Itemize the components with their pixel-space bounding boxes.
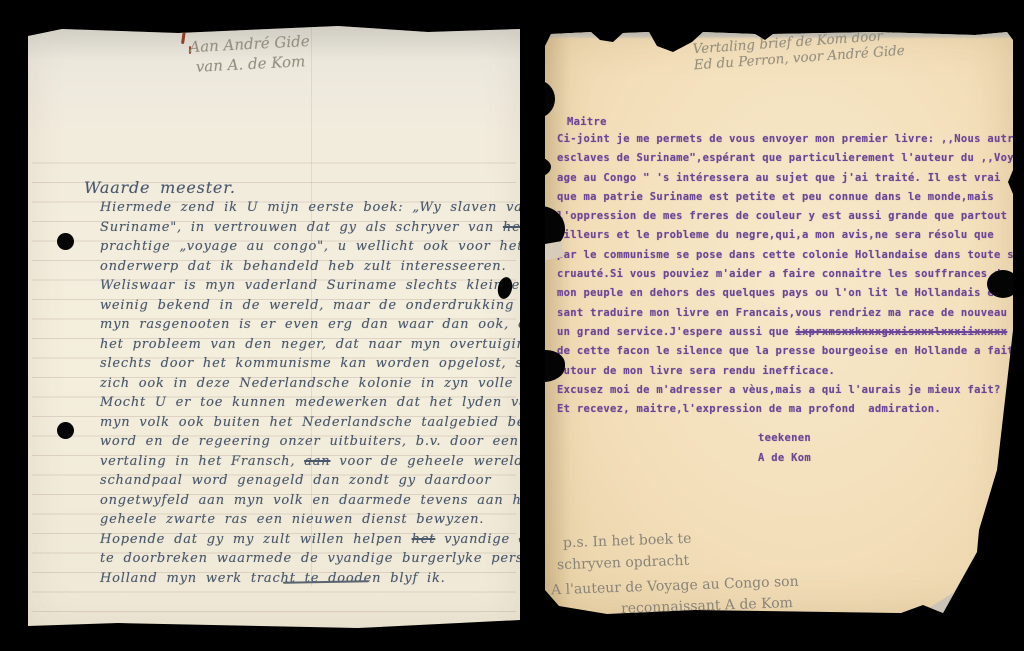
ink-blot [515,156,551,178]
typed-letter-body: Ci-joint je me permets de vous envoyer m… [557,130,1011,419]
pencil-annotation: Vertaling brief de Kom doorEd du Perron,… [692,23,964,74]
punch-hole [57,422,74,439]
punch-hole [57,233,74,250]
corner-fold [930,573,992,613]
postscript-signature: reconnaissant A de Kom [621,595,793,617]
ink-blot [519,80,555,118]
postscript-dedication: A l'auteur de Voyage au Congo son [551,574,799,599]
handwritten-letter-page: Aan André Gidevan A. de Kom Waarde meest… [28,26,520,628]
signoff: teekenenA de Kom [758,428,811,468]
ink-blot [519,350,565,382]
ink-blot [987,270,1019,298]
letter-body: Hiermede zend ik U mijn eerste boek: „Wy… [100,198,518,588]
typed-letter-page: Vertaling brief de Kom doorEd du Perron,… [545,30,1013,618]
postscript-line: schryven opdracht [557,553,690,574]
salutation: Waarde meester. [84,178,236,197]
salutation: Maitre [567,116,607,128]
document-scan: Aan André Gidevan A. de Kom Waarde meest… [0,0,1024,651]
postscript-line: p.s. In het boek te [563,531,692,551]
